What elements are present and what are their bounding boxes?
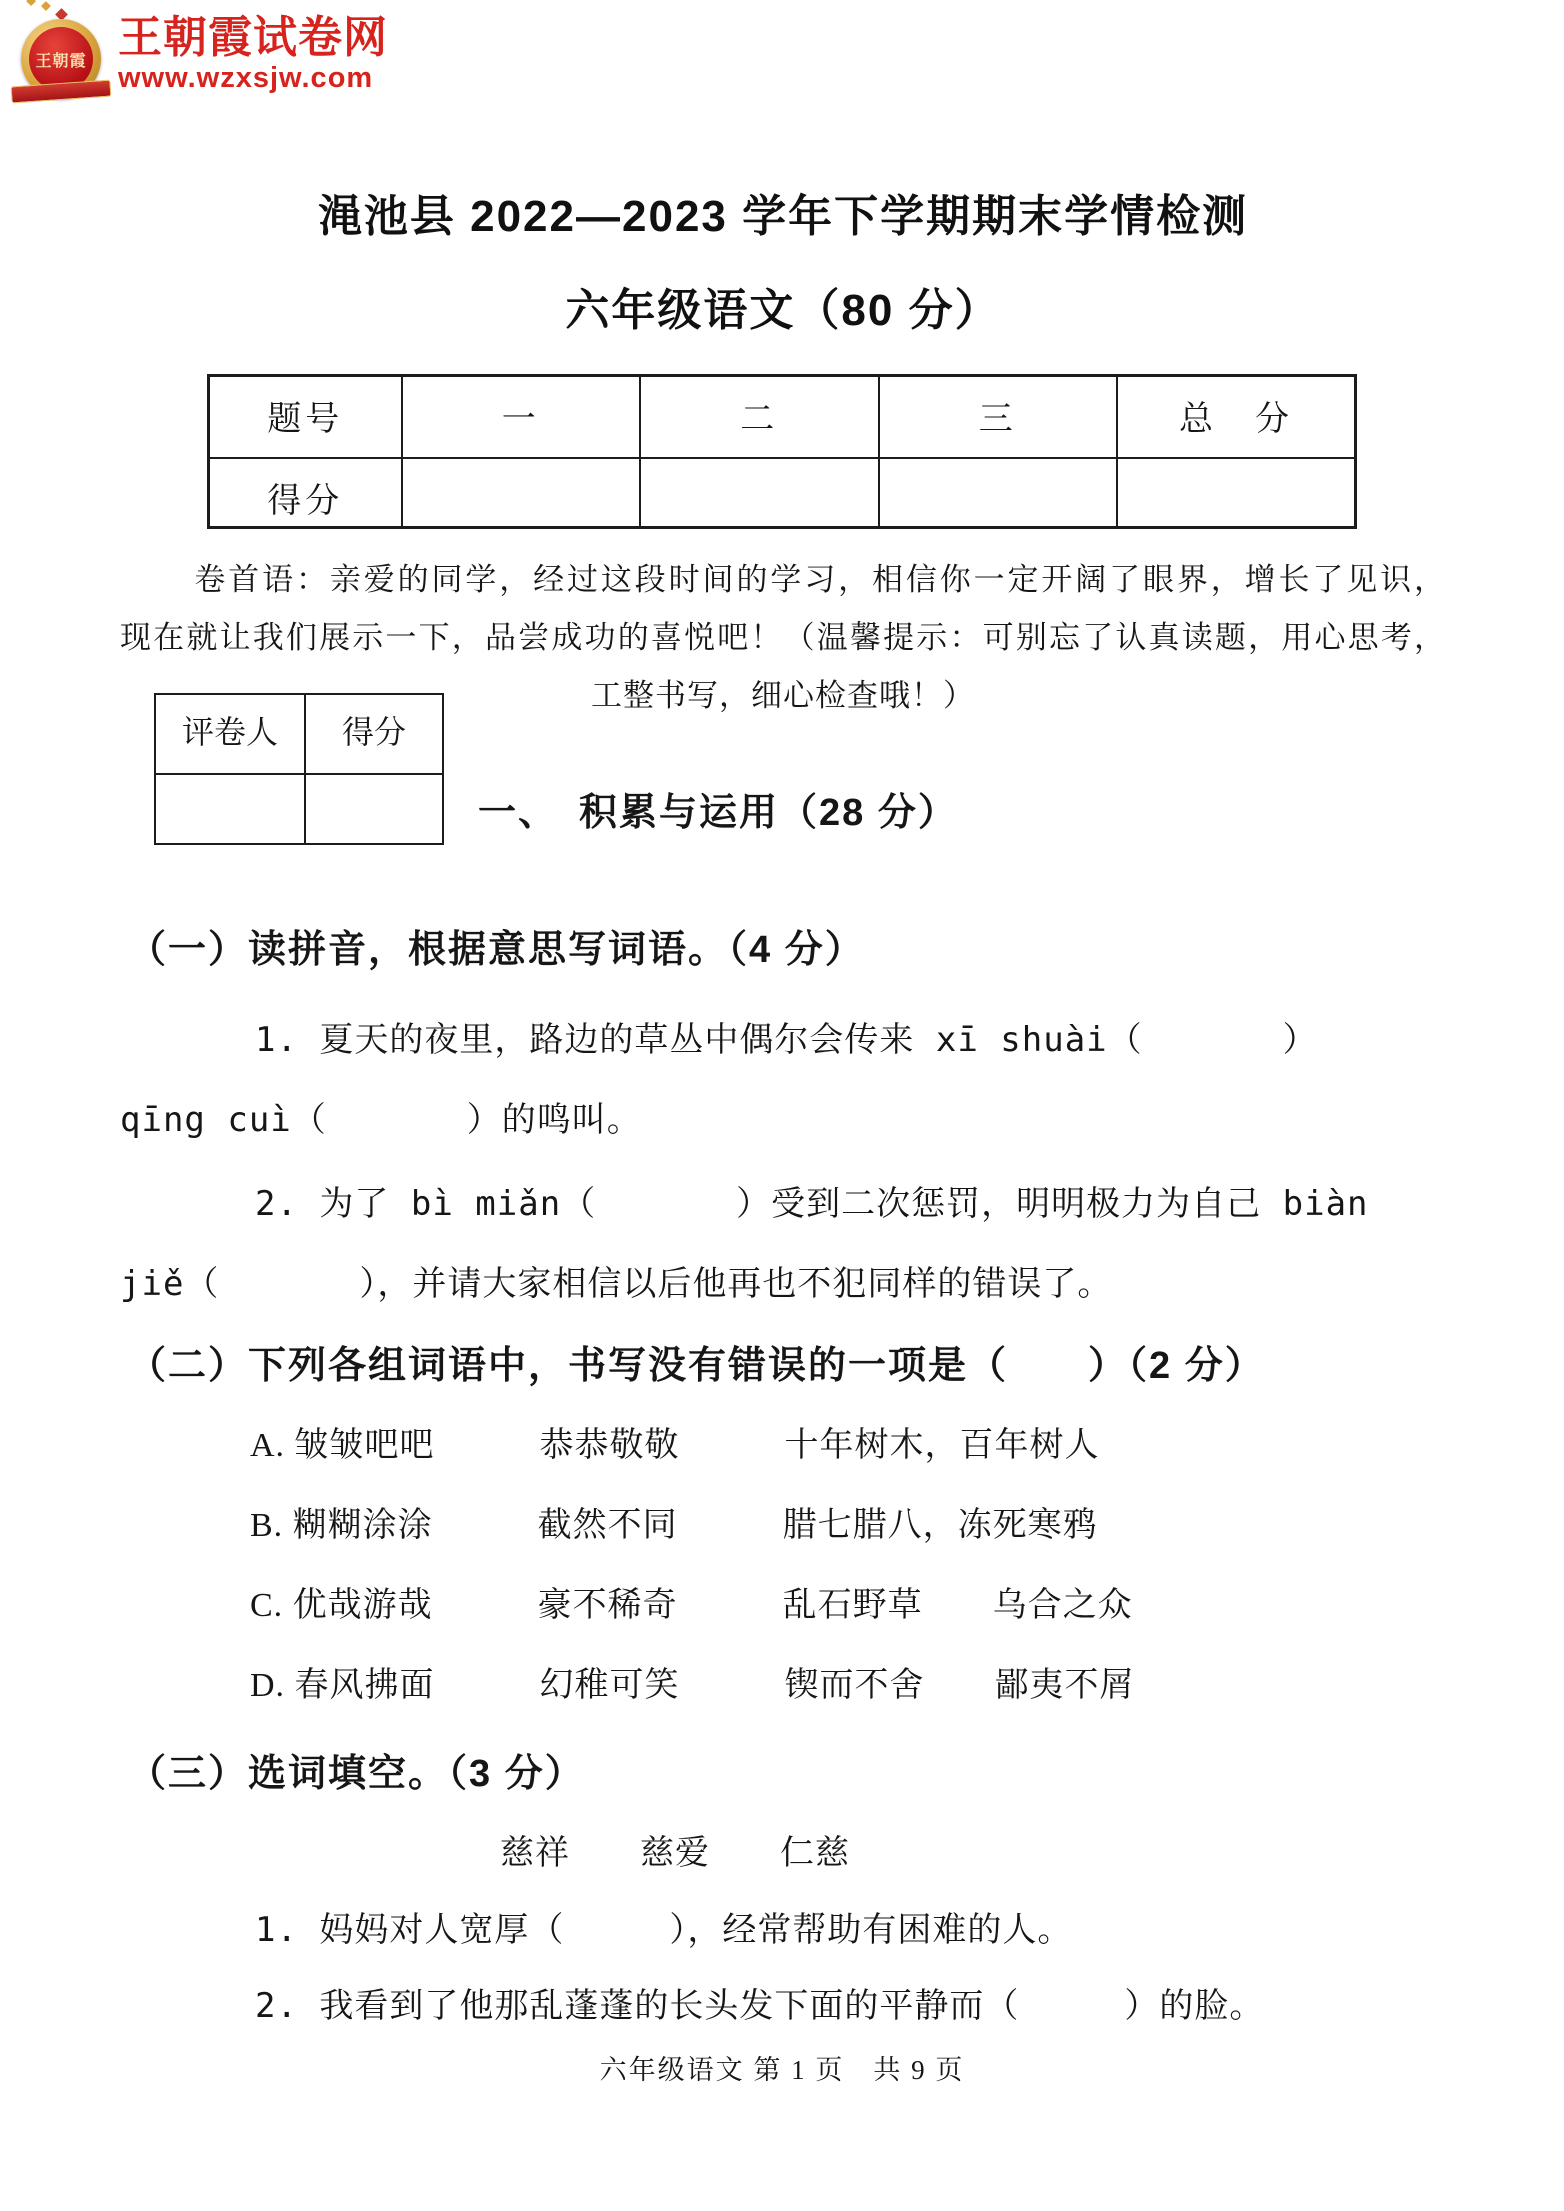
word-bank: 慈祥 慈爱 仁慈 [120,1831,1446,1877]
score-cell-empty [879,458,1118,528]
grader-row: 评卷人 得分 一、 积累与运用（28 分） [120,693,1446,865]
score-row-label: 得分 [209,458,402,528]
preamble-line-1: 卷首语：亲爱的同学，经过这段时间的学习，相信你一定开阔了眼界，增长了见识， [120,551,1446,609]
grader-table: 评卷人 得分 [154,693,444,845]
option-b: B. 糊糊涂涂 截然不同 腊七腊八，冻死寒鸦 [120,1503,1446,1549]
part1-heading: （一）读拼音，根据意思写词语。（4 分） [120,927,1446,973]
score-header-cell: 一 [402,376,641,458]
option-c: C. 优哉游哉 豪不稀奇 乱石野草 乌合之众 [120,1583,1446,1629]
score-cell-empty [640,458,879,528]
exam-paper: 渑池县 2022—2023 学年下学期期末学情检测 六年级语文（80 分） 题号… [0,0,1564,2029]
question-2-line-2: jiě（ ），并请大家相信以后他再也不犯同样的错误了。 [120,1261,1446,1307]
part2-heading: （二）下列各组词语中，书写没有错误的一项是（ ）（2 分） [120,1343,1446,1389]
score-table-score-row: 得分 [209,458,1356,528]
question-1-line-2: qīng cuì（ ）的鸣叫。 [120,1097,1446,1143]
question-1-line-1: 1. 夏天的夜里，路边的草丛中偶尔会传来 xī shuài（ ） [120,1017,1446,1063]
page: 王朝霞 王朝霞试卷网 www.wzxsjw.com 渑池县 2022—2023 … [0,0,1564,2211]
page-footer: 六年级语文 第 1 页 共 9 页 [0,2048,1564,2087]
section-one-heading: 一、 积累与运用（28 分） [478,781,958,836]
part3-question-1: 1. 妈妈对人宽厚（ ），经常帮助有困难的人。 [120,1907,1446,1953]
score-cell-empty [402,458,641,528]
preamble-line-2: 现在就让我们展示一下，品尝成功的喜悦吧！（温馨提示：可别忘了认真读题，用心思考， [120,609,1446,667]
score-header-cell: 三 [879,376,1118,458]
option-d: D. 春风拂面 幻稚可笑 锲而不舍 鄙夷不屑 [120,1663,1446,1709]
part3-heading: （三）选词填空。（3 分） [120,1751,1446,1797]
score-header-cell: 二 [640,376,879,458]
grader-cell-empty [155,774,305,844]
score-header-cell: 总 分 [1117,376,1356,458]
score-table: 题号 一 二 三 总 分 得分 [207,374,1357,529]
page-subtitle: 六年级语文（80 分） [120,274,1446,338]
grader-header-cell: 评卷人 [155,694,305,774]
score-header-cell: 题号 [209,376,402,458]
grader-header-cell: 得分 [305,694,443,774]
question-2-line-1: 2. 为了 bì miǎn（ ）受到二次惩罚，明明极力为自己 biàn [120,1181,1446,1227]
score-cell-empty [1117,458,1356,528]
score-table-header-row: 题号 一 二 三 总 分 [209,376,1356,458]
grader-table-empty-row [155,774,443,844]
grader-cell-empty [305,774,443,844]
grader-table-header-row: 评卷人 得分 [155,694,443,774]
option-a: A. 皱皱吧吧 恭恭敬敬 十年树木，百年树人 [120,1423,1446,1469]
page-title: 渑池县 2022—2023 学年下学期期末学情检测 [120,0,1446,244]
part3-question-2: 2. 我看到了他那乱蓬蓬的长头发下面的平静而（ ）的脸。 [120,1983,1446,2029]
